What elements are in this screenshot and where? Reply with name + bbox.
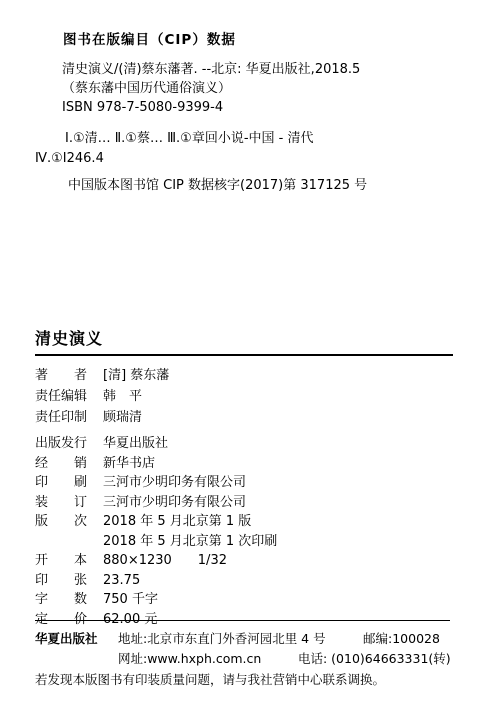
author-label: 著 者 xyxy=(35,365,103,386)
distributor-label: 经 销 xyxy=(35,454,103,474)
printer-label: 印 刷 xyxy=(35,473,103,493)
publishing-rows: 出版发行华夏出版社 经 销新华书店 印 刷三河市少明印务有限公司 装 订三河市少… xyxy=(35,434,453,629)
edition-value: 2018 年 5 月北京第 1 版 xyxy=(103,512,251,532)
cip-description: 清史演义/(清)蔡东藩著. --北京: 华夏出版社,2018.5 （蔡东藩中国历… xyxy=(35,60,455,117)
binder-row: 装 订三河市少明印务有限公司 xyxy=(35,493,453,513)
impression-row: 2018 年 5 月北京第 1 次印刷 xyxy=(35,532,453,552)
binder-value: 三河市少明印务有限公司 xyxy=(103,493,246,513)
publisher-row: 出版发行华夏出版社 xyxy=(35,434,453,454)
cip-heading: 图书在版编目（CIP）数据 xyxy=(35,28,455,48)
publisher-label: 出版发行 xyxy=(35,434,103,454)
footer-line-2: 网址:www.hxph.com.cn 电话: (010)64663331(转) xyxy=(35,649,455,669)
format-row: 开 本880×1230 1/32 xyxy=(35,551,453,571)
editor-value: 韩 平 xyxy=(103,386,142,407)
cip-registry-number: 中国版本图书馆 CIP 数据核字(2017)第 317125 号 xyxy=(35,174,455,193)
word-count-row: 字 数750 千字 xyxy=(35,590,453,610)
footer-divider-rule xyxy=(35,620,450,621)
cip-title-line: 清史演义/(清)蔡东藩著. --北京: 华夏出版社,2018.5 xyxy=(35,60,455,79)
title-divider-rule xyxy=(35,354,453,356)
footer-postcode: 邮编:100028 xyxy=(363,629,440,647)
sheets-row: 印 张23.75 xyxy=(35,571,453,591)
copyright-page: 图书在版编目（CIP）数据 清史演义/(清)蔡东藩著. --北京: 华夏出版社,… xyxy=(0,0,477,707)
publisher-footer: 华夏出版社 地址:北京市东直门外香河园北里 4 号 邮编:100028 网址:w… xyxy=(35,629,455,688)
staff-rows: 著 者[清] 蔡东藩 责任编辑韩 平 责任印制顾瑞清 xyxy=(35,365,453,428)
printer-row: 印 刷三河市少明印务有限公司 xyxy=(35,473,453,493)
cip-classification-line-1: Ⅰ.①清… Ⅱ.①蔡… Ⅲ.①章回小说-中国 - 清代 xyxy=(35,129,455,149)
isbn-line: ISBN 978-7-5080-9399-4 xyxy=(35,98,455,117)
cip-classification: Ⅰ.①清… Ⅱ.①蔡… Ⅲ.①章回小说-中国 - 清代 Ⅳ.①I246.4 xyxy=(35,129,455,169)
cip-data-block: 图书在版编目（CIP）数据 清史演义/(清)蔡东藩著. --北京: 华夏出版社,… xyxy=(35,28,455,193)
editor-row: 责任编辑韩 平 xyxy=(35,386,453,407)
book-title: 清史演义 xyxy=(35,326,453,349)
format-label: 开 本 xyxy=(35,551,103,571)
footer-line-1: 华夏出版社 地址:北京市东直门外香河园北里 4 号 邮编:100028 xyxy=(35,629,455,649)
cip-series-line: （蔡东藩中国历代通俗演义） xyxy=(35,79,455,98)
format-value: 880×1230 1/32 xyxy=(103,551,227,571)
print-supervisor-value: 顾瑞清 xyxy=(103,407,142,428)
author-value: [清] 蔡东藩 xyxy=(103,365,169,386)
word-count-label: 字 数 xyxy=(35,590,103,610)
footer-address: 地址:北京市东直门外香河园北里 4 号 xyxy=(118,629,326,647)
print-supervisor-label: 责任印制 xyxy=(35,407,103,428)
colophon-section: 清史演义 著 者[清] 蔡东藩 责任编辑韩 平 责任印制顾瑞清 出版发行华夏出版… xyxy=(35,326,453,629)
distributor-value: 新华书店 xyxy=(103,454,155,474)
quality-notice: 若发现本版图书有印装质量问题，请与我社营销中心联系调换。 xyxy=(35,670,455,688)
distributor-row: 经 销新华书店 xyxy=(35,454,453,474)
footer-phone: 电话: (010)64663331(转) xyxy=(298,649,451,667)
author-row: 著 者[清] 蔡东藩 xyxy=(35,365,453,386)
cip-classification-line-2: Ⅳ.①I246.4 xyxy=(35,149,455,169)
publisher-value: 华夏出版社 xyxy=(103,434,168,454)
footer-publisher: 华夏出版社 xyxy=(35,629,98,647)
footer-website: 网址:www.hxph.com.cn xyxy=(118,649,261,667)
word-count-value: 750 千字 xyxy=(103,590,158,610)
sheets-value: 23.75 xyxy=(103,571,140,591)
edition-label: 版 次 xyxy=(35,512,103,532)
binder-label: 装 订 xyxy=(35,493,103,513)
impression-value: 2018 年 5 月北京第 1 次印刷 xyxy=(103,532,277,552)
edition-row: 版 次2018 年 5 月北京第 1 版 xyxy=(35,512,453,532)
print-supervisor-row: 责任印制顾瑞清 xyxy=(35,407,453,428)
printer-value: 三河市少明印务有限公司 xyxy=(103,473,246,493)
sheets-label: 印 张 xyxy=(35,571,103,591)
editor-label: 责任编辑 xyxy=(35,386,103,407)
